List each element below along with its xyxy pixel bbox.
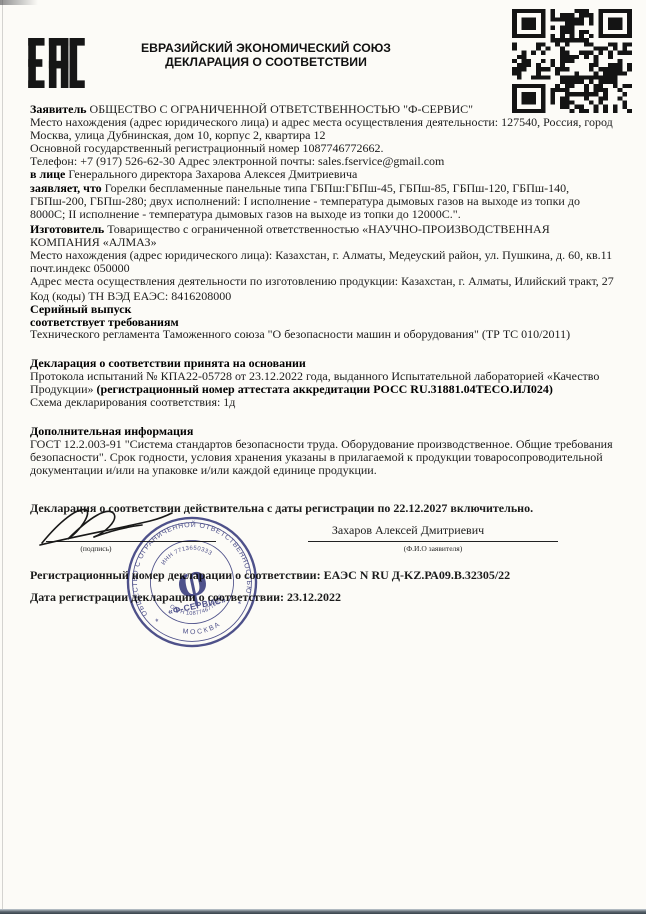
page-bottom-edge	[0, 909, 646, 914]
page-left-edge	[2, 0, 3, 914]
declarant-name-caption: (Ф.И.О заявителя)	[308, 544, 558, 553]
additional-heading-text: Дополнительная информация	[30, 424, 193, 438]
applicant-line: Заявитель ОБЩЕСТВО С ОГРАНИЧЕННОЙ ОТВЕТС…	[30, 103, 615, 116]
document-title: ЕВРАЗИЙСКИЙ ЭКОНОМИЧЕСКИЙ СОЮЗ ДЕКЛАРАЦИ…	[46, 41, 486, 69]
product-line: заявляет, что Горелки беспламенные панел…	[30, 182, 615, 221]
scan-artifact	[0, 0, 38, 5]
basis-text-line: Протокола испытаний № КПА22-05728 от 23.…	[30, 370, 615, 396]
document-body: Заявитель ОБЩЕСТВО С ОГРАНИЧЕННОЙ ОТВЕТС…	[30, 103, 615, 477]
declarant-name-line	[308, 541, 558, 542]
title-union-line: ЕВРАЗИЙСКИЙ ЭКОНОМИЧЕСКИЙ СОЮЗ	[46, 41, 486, 55]
applicant-name: ОБЩЕСТВО С ОГРАНИЧЕННОЙ ОТВЕТСТВЕННОСТЬЮ…	[90, 102, 474, 116]
complies-heading-text: соответствует требованиям	[30, 315, 179, 329]
qr-code	[512, 9, 632, 113]
manufacturer-name: Товарищество с ограниченной ответственно…	[30, 222, 550, 249]
declares-label: заявляет, что	[30, 181, 102, 195]
additional-heading: Дополнительная информация	[30, 425, 615, 438]
additional-text: ГОСТ 12.2.003-91 "Система стандартов без…	[30, 438, 615, 477]
representative-line: в лице Генерального директора Захарова А…	[30, 168, 615, 181]
declarant-name: Захаров Алексей Дмитриевич	[308, 523, 508, 538]
stamp-star-right: *	[237, 598, 243, 609]
registration-date-value: 23.12.2022	[287, 590, 341, 604]
declaration-document-page: ЕВРАЗИЙСКИЙ ЭКОНОМИЧЕСКИЙ СОЮЗ ДЕКЛАРАЦИ…	[0, 0, 646, 914]
manufacturer-address: Место нахождения (адрес юридического лиц…	[30, 249, 615, 275]
representative-name: Генерального директора Захарова Алексея …	[68, 167, 357, 181]
product-description: Горелки беспламенные панельные типа ГБПш…	[30, 181, 580, 221]
scheme-line: Схема декларирования соответствия: 1д	[30, 396, 615, 409]
title-doc-type-line: ДЕКЛАРАЦИЯ О СООТВЕТСТВИИ	[46, 55, 486, 69]
stamp-star-left: *	[155, 616, 161, 627]
handwritten-signature	[38, 503, 176, 551]
complies-text: Технического регламента Таможенного союз…	[30, 328, 615, 341]
manufacturer-line: Изготовитель Товарищество с ограниченной…	[30, 223, 615, 249]
production-address: Адрес места осуществления деятельности п…	[30, 275, 615, 288]
manufacturer-label: Изготовитель	[30, 222, 104, 236]
applicant-label: Заявитель	[30, 102, 87, 116]
applicant-ogrn: Основной государственный регистрационный…	[30, 142, 615, 155]
release-type-text: Серийный выпуск	[30, 302, 131, 316]
registration-number-line: Регистрационный номер декларации о соотв…	[30, 568, 510, 583]
applicant-address: Место нахождения (адрес юридического лиц…	[30, 116, 615, 142]
basis-heading-text: Декларация о соответствии принята на осн…	[30, 356, 306, 370]
basis-accreditation-number: (регистрационный номер аттестата аккреди…	[97, 382, 553, 396]
representative-label: в лице	[30, 167, 65, 181]
registration-number-value: ЕАЭС N RU Д-KZ.РА09.В.32305/22	[324, 568, 511, 582]
